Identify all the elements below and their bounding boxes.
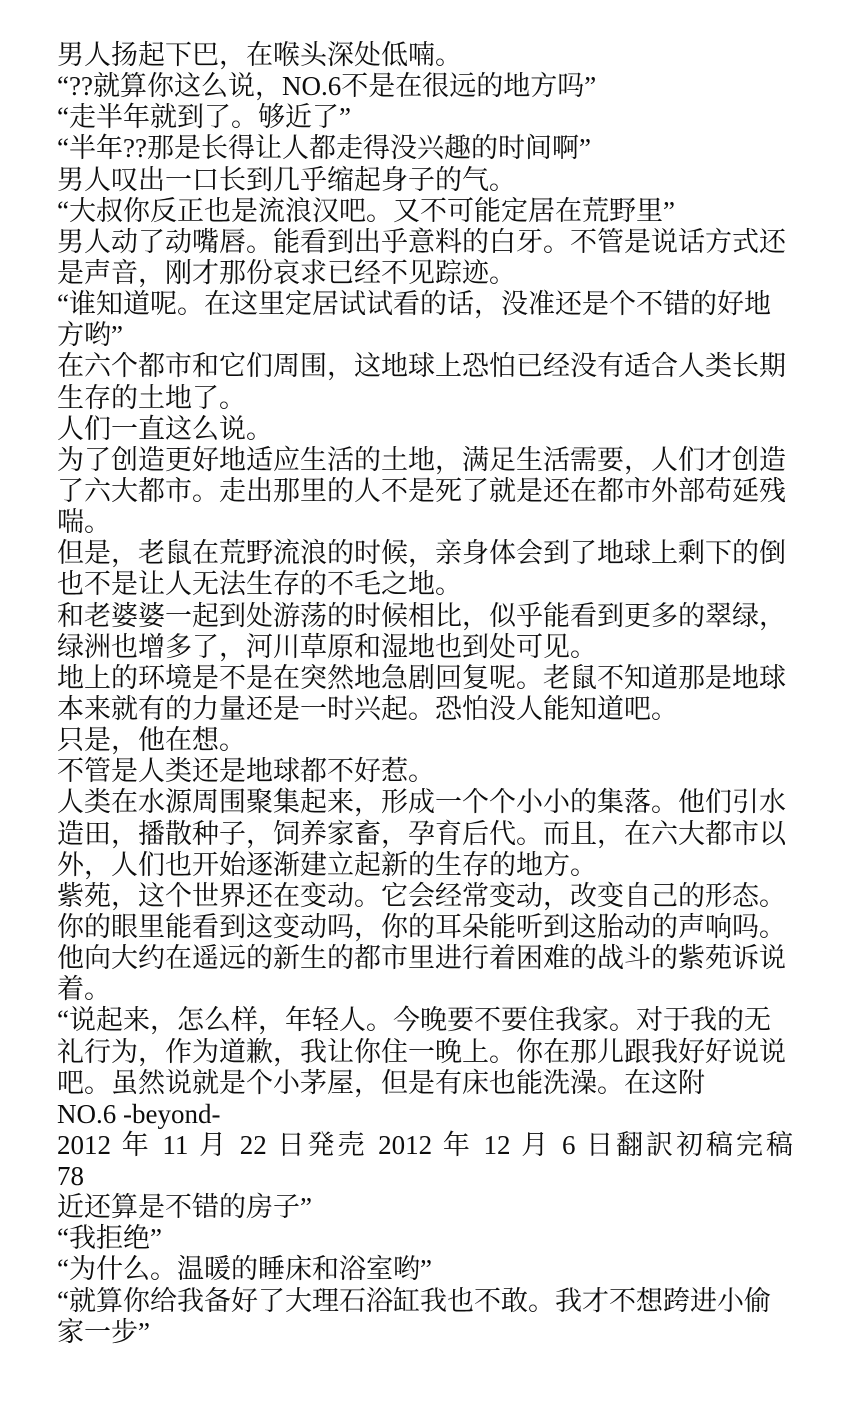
text-line: “我拒绝” bbox=[57, 1223, 793, 1254]
text-line: 生存的土地了。 bbox=[57, 383, 793, 414]
text-line: 在六个都市和它们周围，这地球上恐怕已经没有适合人类长期 bbox=[57, 351, 793, 382]
text-line: 着。 bbox=[57, 974, 793, 1005]
text-line: 家一步” bbox=[57, 1317, 793, 1348]
text-line: “大叔你反正也是流浪汉吧。又不可能定居在荒野里” bbox=[57, 196, 793, 227]
text-line: 地上的环境是不是在突然地急剧回复呢。老鼠不知道那是地球 bbox=[57, 663, 793, 694]
text-line: 造田，播散种子，饲养家畜，孕育后代。而且，在六大都市以 bbox=[57, 819, 793, 850]
novel-text-block: 男人扬起下巴，在喉头深处低喃。“??就算你这么说，NO.6不是在很远的地方吗”“… bbox=[0, 0, 851, 1348]
text-line: 但是，老鼠在荒野流浪的时候，亲身体会到了地球上剩下的倒 bbox=[57, 538, 793, 569]
text-line: 为了创造更好地适应生活的土地，满足生活需要，人们才创造 bbox=[57, 445, 793, 476]
text-line: 你的眼里能看到这变动吗，你的耳朵能听到这胎动的声响吗。 bbox=[57, 912, 793, 943]
text-line: 本来就有的力量还是一时兴起。恐怕没人能知道吧。 bbox=[57, 694, 793, 725]
text-line: 男人扬起下巴，在喉头深处低喃。 bbox=[57, 40, 793, 71]
text-line: 近还算是不错的房子” bbox=[57, 1192, 793, 1223]
text-line: 和老婆婆一起到处游荡的时候相比，似乎能看到更多的翠绿， bbox=[57, 601, 793, 632]
text-line: 绿洲也增多了，河川草原和湿地也到处可见。 bbox=[57, 632, 793, 663]
text-line: 喘。 bbox=[57, 507, 793, 538]
text-line: 不管是人类还是地球都不好惹。 bbox=[57, 756, 793, 787]
text-line: 人们一直这么说。 bbox=[57, 414, 793, 445]
text-line: NO.6 -beyond- bbox=[57, 1099, 793, 1130]
text-line: 方哟” bbox=[57, 320, 793, 351]
text-line: “谁知道呢。在这里定居试试看的话，没准还是个不错的好地 bbox=[57, 289, 793, 320]
text-line: 78 bbox=[57, 1161, 793, 1192]
text-line: 是声音，刚才那份哀求已经不见踪迹。 bbox=[57, 258, 793, 289]
text-line: 了六大都市。走出那里的人不是死了就是还在都市外部苟延残 bbox=[57, 476, 793, 507]
text-line: “走半年就到了。够近了” bbox=[57, 102, 793, 133]
text-line: 人类在水源周围聚集起来，形成一个个小小的集落。他们引水 bbox=[57, 787, 793, 818]
text-line: 紫苑，这个世界还在变动。它会经常变动，改变自己的形态。 bbox=[57, 881, 793, 912]
text-line: 他向大约在遥远的新生的都市里进行着困难的战斗的紫苑诉说 bbox=[57, 943, 793, 974]
text-line: 只是，他在想。 bbox=[57, 725, 793, 756]
text-line: 也不是让人无法生存的不毛之地。 bbox=[57, 569, 793, 600]
text-line: 外，人们也开始逐渐建立起新的生存的地方。 bbox=[57, 850, 793, 881]
text-line: “说起来，怎么样，年轻人。今晚要不要住我家。对于我的无 bbox=[57, 1005, 793, 1036]
text-line: “为什么。温暖的睡床和浴室哟” bbox=[57, 1254, 793, 1285]
text-line: “??就算你这么说，NO.6不是在很远的地方吗” bbox=[57, 71, 793, 102]
text-line: 吧。虽然说就是个小茅屋，但是有床也能洗澡。在这附 bbox=[57, 1068, 793, 1099]
text-line: 礼行为，作为道歉，我让你住一晚上。你在那儿跟我好好说说 bbox=[57, 1037, 793, 1068]
text-line: “半年??那是长得让人都走得没兴趣的时间啊” bbox=[57, 133, 793, 164]
text-line: “就算你给我备好了大理石浴缸我也不敢。我才不想跨进小偷 bbox=[57, 1286, 793, 1317]
text-line: 男人动了动嘴唇。能看到出乎意料的白牙。不管是说话方式还 bbox=[57, 227, 793, 258]
text-line: 2012 年 11 月 22 日発売 2012 年 12 月 6 日翻訳初稿完稿 bbox=[57, 1130, 793, 1161]
text-line: 男人叹出一口长到几乎缩起身子的气。 bbox=[57, 165, 793, 196]
document-page: 男人扬起下巴，在喉头深处低喃。“??就算你这么说，NO.6不是在很远的地方吗”“… bbox=[0, 0, 851, 1401]
